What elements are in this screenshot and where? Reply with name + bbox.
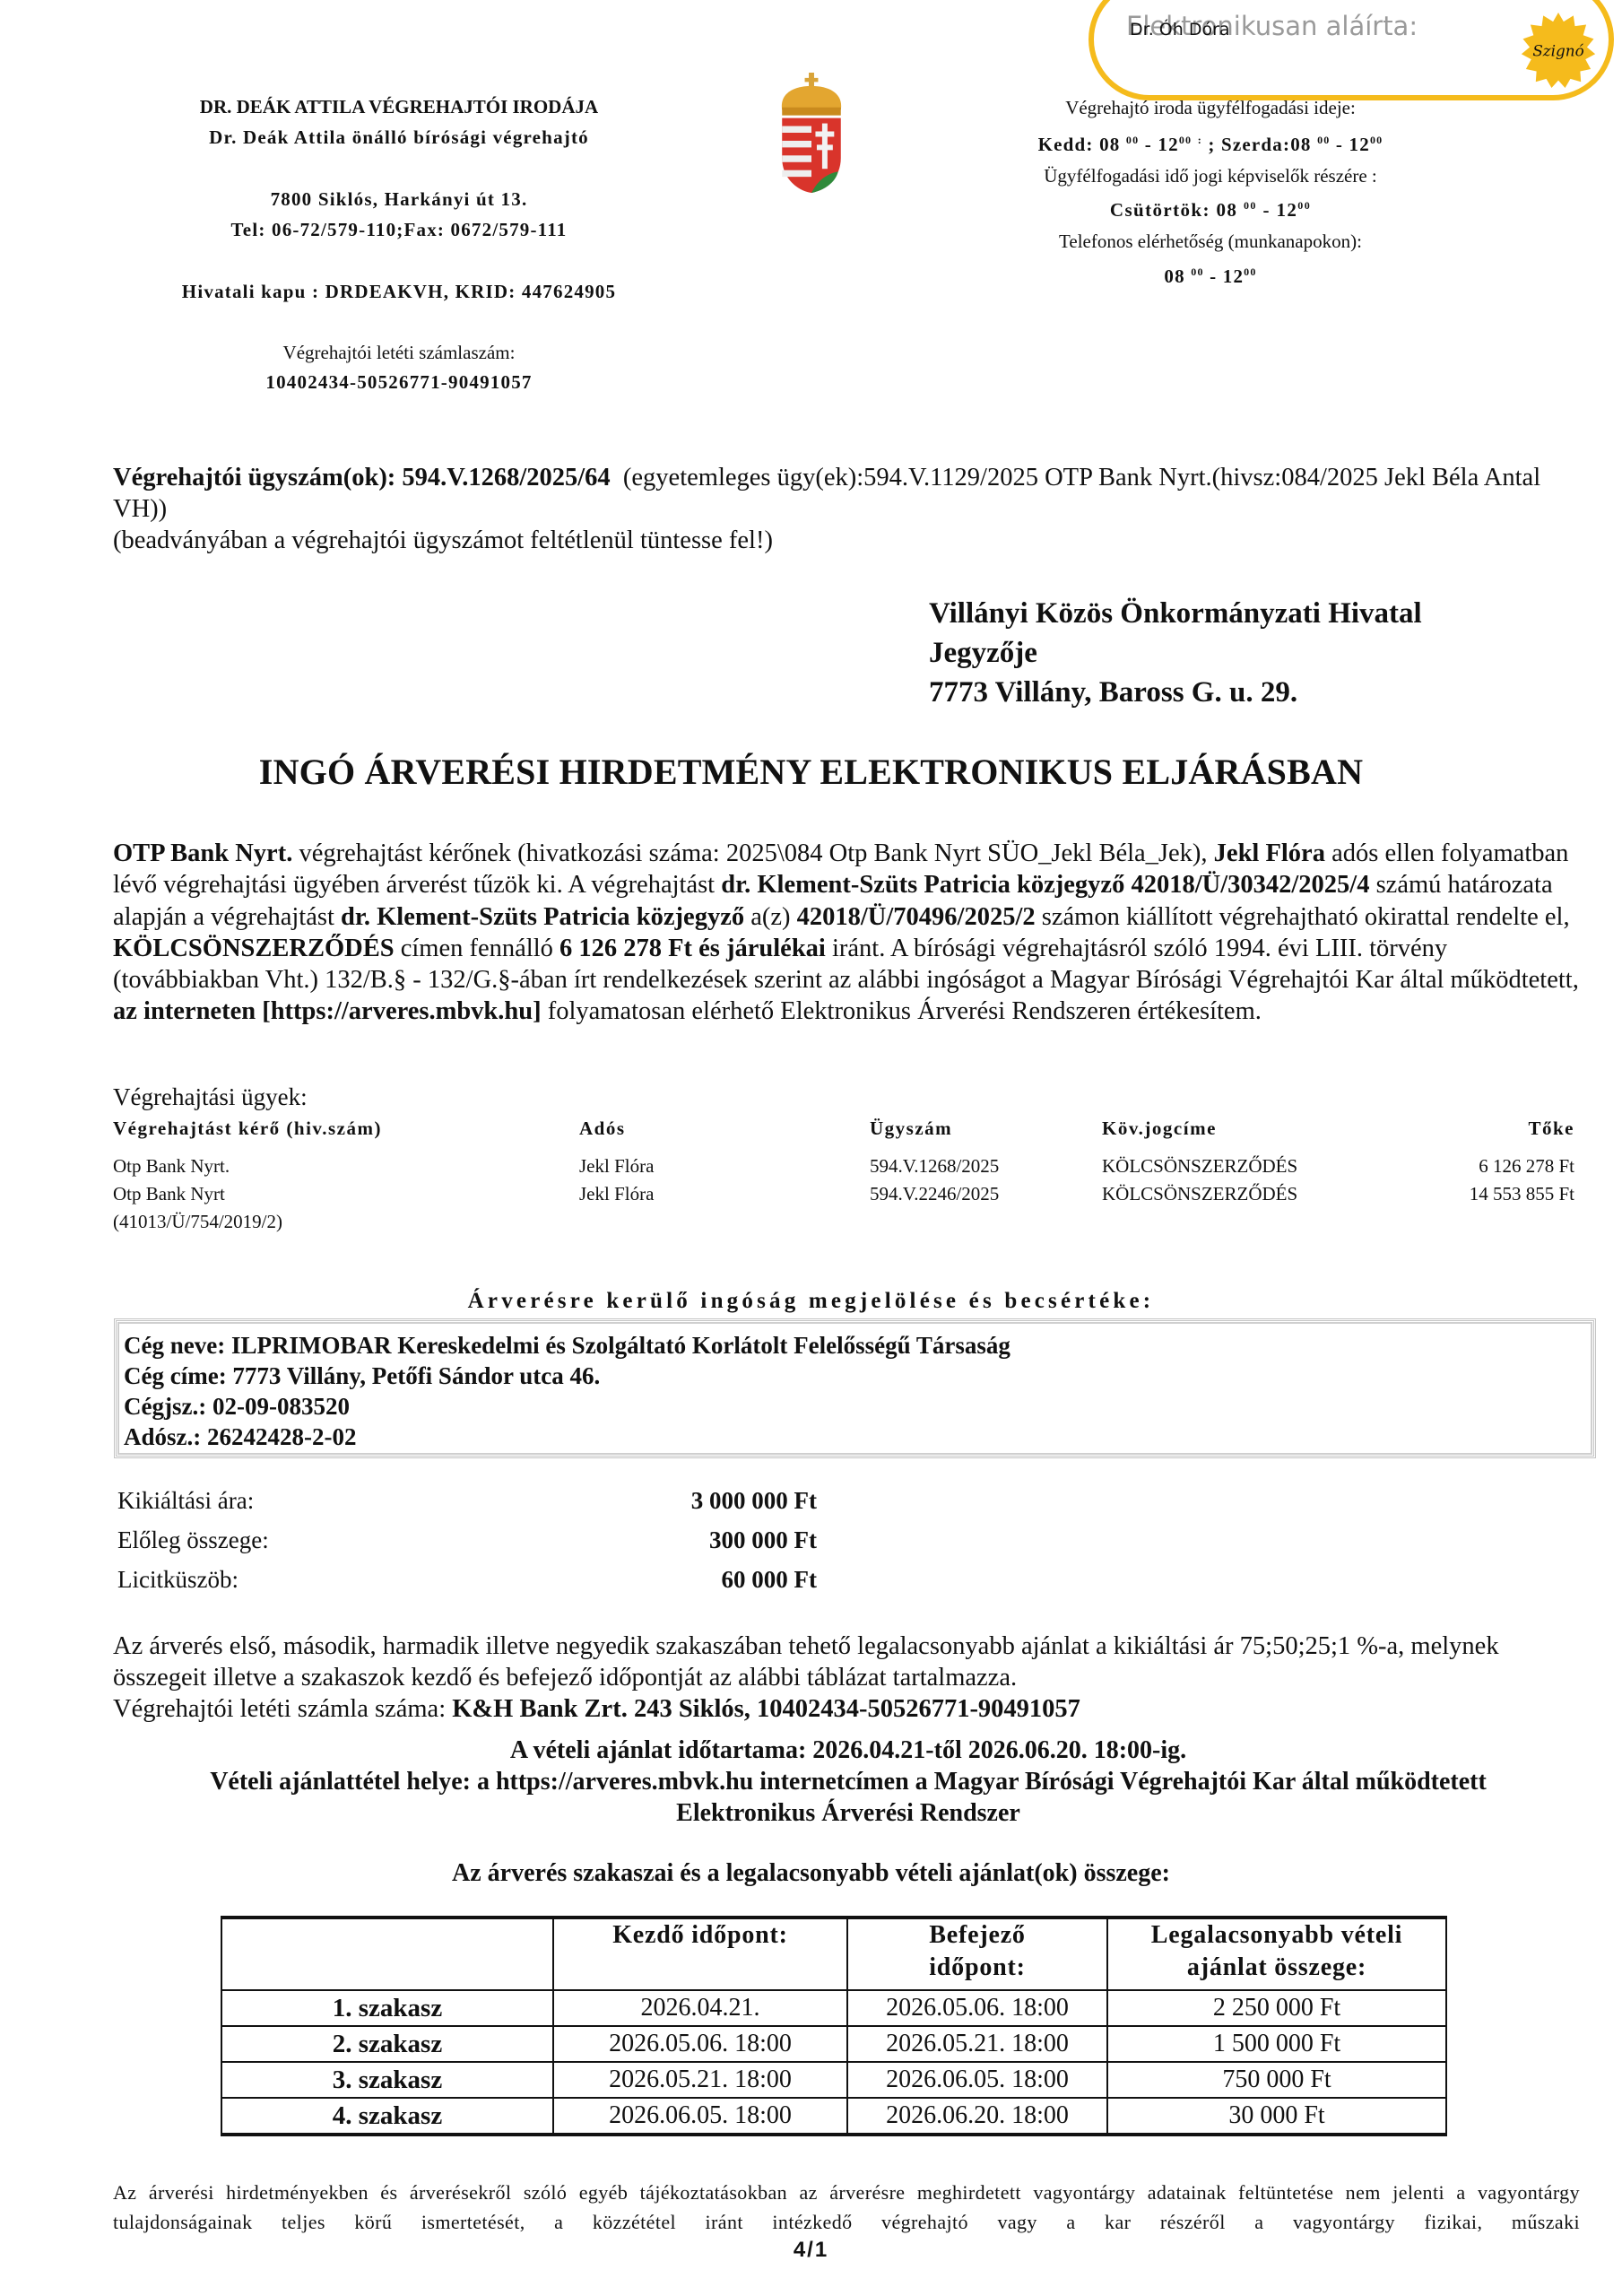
price-list: Kikiáltási ára:3 000 000 Ft Előleg össze… [117, 1487, 817, 1605]
page-number: 4/1 [0, 2238, 1622, 2263]
office-gateway: Hivatali kapu : DRDEAKVH, KRID: 44762490… [182, 281, 616, 302]
account-label: Végrehajtói letéti számlaszám: [117, 344, 681, 362]
recipient-address: Villányi Közös Önkormányzati Hivatal Jeg… [929, 594, 1422, 712]
company-registration: Cégjsz.: 02-09-083520 [124, 1391, 1010, 1422]
office-phone-fax: Tel: 06-72/579-110;Fax: 0672/579-111 [231, 219, 568, 240]
office-hours-title: Végrehajtó iroda ügyfélfogadási ideje: [968, 99, 1453, 117]
asset-title: Árverésre kerülő ingóság megjelölése és … [0, 1289, 1622, 1314]
company-address: Cég címe: 7773 Villány, Petőfi Sándor ut… [124, 1361, 1010, 1391]
offer-place: Vételi ajánlattétel helye: a https://arv… [113, 1766, 1583, 1829]
case-note: (beadványában a végrehajtói ügyszámot fe… [113, 526, 773, 554]
company-tax-number: Adósz.: 26242428-2-02 [124, 1422, 1010, 1452]
office-name: DR. DEÁK ATTILA VÉGREHAJTÓI IRODÁJA [117, 98, 681, 117]
officer-name: Dr. Deák Attila önálló bírósági végrehaj… [209, 126, 589, 148]
footer-disclaimer: Az árverési hirdetményekben és árverések… [113, 2178, 1580, 2237]
table-row: 4. szakasz2026.06.05. 18:002026.06.20. 1… [221, 2098, 1446, 2135]
office-address: 7800 Siklós, Harkányi út 13. [271, 188, 528, 210]
company-name: Cég neve: ILPRIMOBAR Kereskedelmi és Szo… [124, 1330, 1010, 1361]
starting-price-value: 3 000 000 Ft [620, 1487, 817, 1526]
account-number: 10402434-50526771-90491057 [265, 371, 532, 393]
deposit-label: Előleg összege: [117, 1526, 269, 1566]
table-row: 3. szakasz2026.05.21. 18:002026.06.05. 1… [221, 2062, 1446, 2098]
case-reference: Végrehajtói ügyszám(ok): 594.V.1268/2025… [113, 462, 1583, 556]
offer-period: A vételi ajánlat időtartama: 2026.04.21-… [113, 1735, 1583, 1766]
cases-table: Végrehajtást kérő (hiv.szám) Adós Ügyszá… [113, 1118, 1574, 1239]
table-row: Otp Bank Nyrt Jekl Flóra 594.V.2246/2025… [113, 1183, 1574, 1211]
intro-paragraph: OTP Bank Nyrt. végrehajtást kérőnek (hiv… [113, 838, 1583, 1028]
offer-info: A vételi ajánlat időtartama: 2026.04.21-… [113, 1735, 1583, 1829]
deposit-value: 300 000 Ft [620, 1526, 817, 1566]
signer-name: Dr. Óh Dóra [1130, 20, 1230, 39]
stages-explanation: Az árverés első, második, harmadik illet… [113, 1631, 1583, 1725]
bid-increment-label: Licitküszöb: [117, 1566, 239, 1605]
phone-hours-title: Telefonos elérhetőség (munkanapokon): [968, 232, 1453, 251]
table-row: Otp Bank Nyrt. Jekl Flóra 594.V.1268/202… [113, 1155, 1574, 1183]
legal-hours: Csütörtök: 08 00 - 1200 [968, 200, 1453, 220]
stages-table: Kezdő időpont: Befejező időpont: Legalac… [221, 1916, 1447, 2136]
asset-box: Cég neve: ILPRIMOBAR Kereskedelmi és Szo… [114, 1318, 1596, 1458]
szigno-seal-icon: Szignó [1521, 13, 1596, 88]
table-row-extra: (41013/Ü/754/2019/2) [113, 1211, 1574, 1239]
auction-site-link[interactable]: az interneten [https://arveres.mbvk.hu] [113, 997, 542, 1025]
svg-text:Szignó: Szignó [1532, 42, 1583, 60]
starting-price-label: Kikiáltási ára: [117, 1487, 254, 1526]
cases-header-row: Végrehajtást kérő (hiv.szám) Adós Ügyszá… [113, 1118, 1574, 1155]
case-number: Végrehajtói ügyszám(ok): 594.V.1268/2025… [113, 464, 611, 491]
legal-hours-title: Ügyfélfogadási idő jogi képviselők részé… [968, 167, 1453, 186]
office-hours-days: Kedd: 08 00 - 1200 : ; Szerda:08 00 - 12… [968, 135, 1453, 154]
document-title: INGÓ ÁRVERÉSI HIRDETMÉNY ELEKTRONIKUS EL… [0, 751, 1622, 793]
table-row: 1. szakasz2026.04.21.2026.05.06. 18:002 … [221, 1990, 1446, 2026]
hungarian-coat-of-arms-icon [771, 70, 852, 196]
phone-hours: 08 00 - 1200 [968, 266, 1453, 286]
cases-title: Végrehajtási ügyek: [113, 1083, 308, 1111]
bid-increment-value: 60 000 Ft [620, 1566, 817, 1605]
table-row: 2. szakasz2026.05.06. 18:002026.05.21. 1… [221, 2026, 1446, 2062]
stages-title: Az árverés szakaszai és a legalacsonyabb… [0, 1859, 1622, 1888]
